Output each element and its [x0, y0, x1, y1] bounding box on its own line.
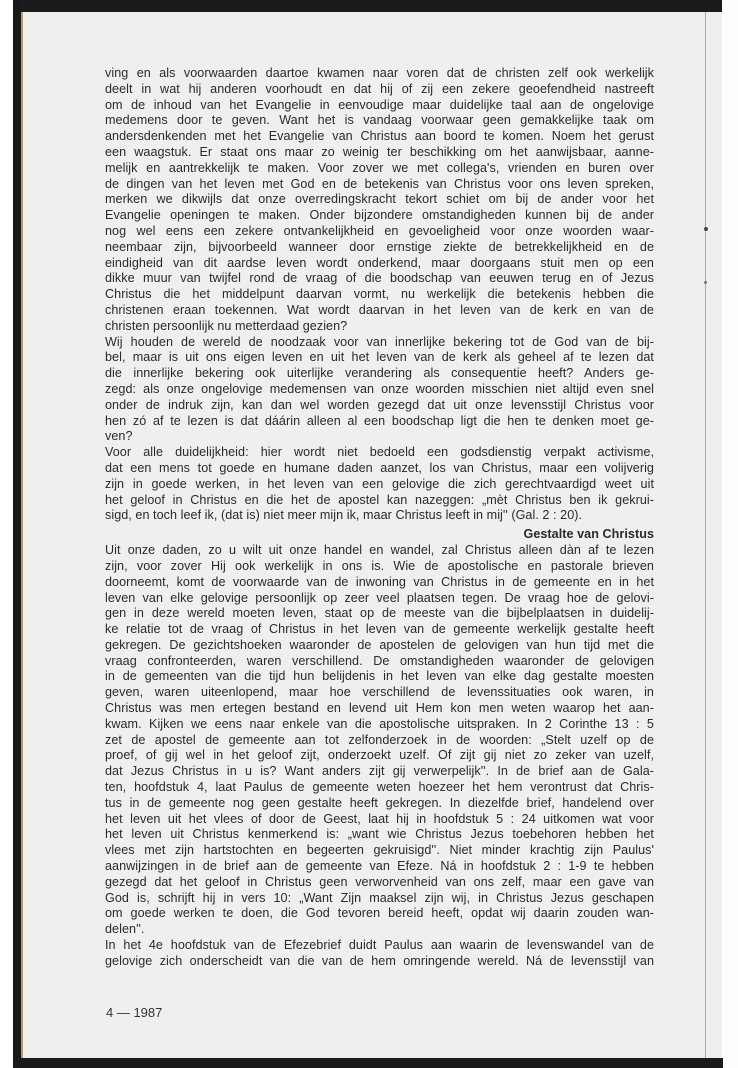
article-body: ving en als voorwaarden daartoe kwamen n… — [105, 66, 654, 970]
scan-margin-right — [722, 0, 738, 1068]
text-line: tus in de gemeente nog geen gestalte hee… — [105, 796, 654, 812]
text-line: Christus was men ertegen bestand en leve… — [105, 701, 654, 717]
page-footer-issue: 4 — 1987 — [106, 1005, 162, 1020]
text-line: deelt in wat hij anderen voorhoudt en da… — [105, 82, 654, 98]
text-line: christen persoonlijk nu metterdaad gezie… — [105, 319, 654, 335]
text-line: gelovige zich onderscheidt van die van d… — [105, 954, 654, 970]
text-line: ke relatie tot de vraag of Christus in h… — [105, 622, 654, 638]
text-line: zijn in goede werken, in het leven van e… — [105, 477, 654, 493]
text-line: het leven uit het vlees of door de Geest… — [105, 812, 654, 828]
text-line: zegd: als onze ongelovige medemensen van… — [105, 382, 654, 398]
text-line: Christus die het middelpunt daarvan vorm… — [105, 287, 654, 303]
text-line: die innerlijke bekering ook uiterlijke v… — [105, 366, 654, 382]
text-line: ten, hoofdstuk 4, laat Paulus de gemeent… — [105, 780, 654, 796]
text-line: Evangelie openingen te maken. Onder bijz… — [105, 208, 654, 224]
text-line: om de inhoud van het Evangelie in eenvou… — [105, 98, 654, 114]
fold-mark-icon — [704, 281, 707, 284]
text-line: kwam. Kijken we eens naar enkele van die… — [105, 717, 654, 733]
text-line: dat een mens tot goede en humane daden a… — [105, 461, 654, 477]
text-line: Voor alle duidelijkheid: hier wordt niet… — [105, 445, 654, 461]
text-line: ving en als voorwaarden daartoe kwamen n… — [105, 66, 654, 82]
text-line: leven van elke gelovige persoonlijk op z… — [105, 591, 654, 607]
text-line: zijn, voor zover Hij ook werkelijk in on… — [105, 559, 654, 575]
text-line: vraag confronteerden, waren verschillend… — [105, 654, 654, 670]
text-line: bel, maar is uit ons eigen leven en uit … — [105, 350, 654, 366]
text-line: de dingen van het leven met God en de be… — [105, 177, 654, 193]
text-line: andersdenkenden met het Evangelie van Ch… — [105, 129, 654, 145]
section-heading: Gestalte van Christus — [105, 526, 654, 543]
text-line: medemens door te geven. Want het is vand… — [105, 113, 654, 129]
paragraph: Voor alle duidelijkheid: hier wordt niet… — [105, 445, 654, 524]
text-line: een waagstuk. Er staat ons maar zo weini… — [105, 145, 654, 161]
text-line: merken we dikwijls dat onze overredingsk… — [105, 192, 654, 208]
text-line: aanwijzingen in de brief aan de gemeente… — [105, 859, 654, 875]
text-line: hen zó af te lezen is dat dáárin alleen … — [105, 414, 654, 430]
text-line: om goede werken te doen, die God tevoren… — [105, 906, 654, 922]
text-line: het geloof in Christus en die het de apo… — [105, 493, 654, 509]
text-line: In het 4e hoofdstuk van de Efezebrief du… — [105, 938, 654, 954]
paragraph: In het 4e hoofdstuk van de Efezebrief du… — [105, 938, 654, 970]
text-line: zet de apostel de gemeente aan tot zelfo… — [105, 733, 654, 749]
text-line: neembaar zijn, bijvoorbeeld wanneer door… — [105, 240, 654, 256]
text-line: Wij houden de wereld de noodzaak voor va… — [105, 335, 654, 351]
text-line: christenen eraan toekennen. Wat wordt da… — [105, 303, 654, 319]
text-line: proef, of gij wel in het geloof zijt, on… — [105, 748, 654, 764]
paragraph: ving en als voorwaarden daartoe kwamen n… — [105, 66, 654, 335]
text-line: het leven uit Christus kenmerkend is: „w… — [105, 827, 654, 843]
text-line: dikke muur van twijfel rond de vraag of … — [105, 271, 654, 287]
text-line: dat Jezus Christus in u is? Want anders … — [105, 764, 654, 780]
text-line: geven, waren uiteenlopend, maar hoe vers… — [105, 685, 654, 701]
text-line: doorneemt, komt de voorwaarde van de inw… — [105, 575, 654, 591]
text-line: ven? — [105, 429, 654, 445]
text-line: delen''. — [105, 922, 654, 938]
scan-edge-top — [18, 0, 722, 12]
page-fold-line — [705, 12, 706, 1058]
scan-edge-bottom — [13, 1058, 723, 1068]
text-line: vlees met zijn hartstochten en begeerten… — [105, 843, 654, 859]
text-line: sigd, en toch leef ik, (dat is) niet mee… — [105, 508, 654, 524]
paragraph: Wij houden de wereld de noodzaak voor va… — [105, 335, 654, 446]
paragraph: Uit onze daden, zo u wilt uit onze hande… — [105, 543, 654, 938]
fold-mark-icon — [704, 227, 708, 231]
text-line: onder de indruk zijn, kan dan wel worden… — [105, 398, 654, 414]
text-line: melijk en aantrekkelijk te maken. Voor z… — [105, 161, 654, 177]
text-line: gekregen. De gezichtshoeken waaronder de… — [105, 638, 654, 654]
text-line: nog wel eens een zekere ontvankelijkheid… — [105, 224, 654, 240]
text-line: God is, schrijft hij in vers 10: „Want Z… — [105, 891, 654, 907]
text-line: in de gemeenten van die tijd hun belijde… — [105, 669, 654, 685]
text-line: Uit onze daden, zo u wilt uit onze hande… — [105, 543, 654, 559]
text-line: eindigheid van dit aardse leven wordt on… — [105, 256, 654, 272]
text-line: gezegd dat het geloof in Christus geen v… — [105, 875, 654, 891]
text-line: gen in deze wereld moeten leven, staat o… — [105, 606, 654, 622]
scan-edge-left — [13, 0, 21, 1062]
